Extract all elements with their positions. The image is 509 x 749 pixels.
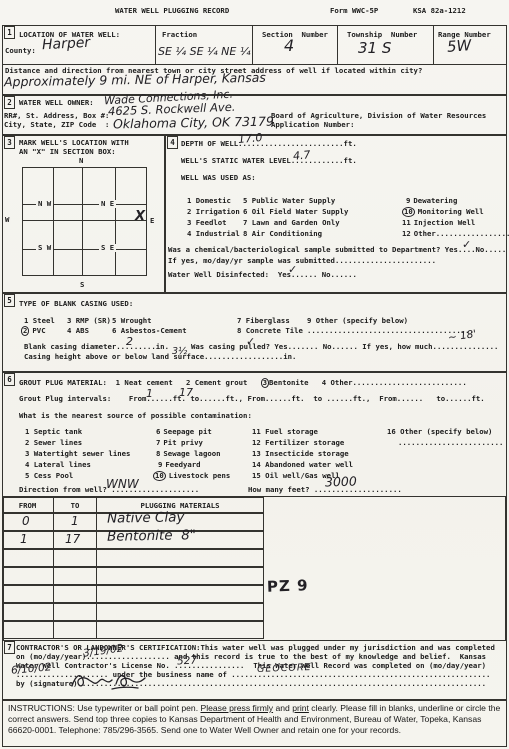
contamination-option: 12 Fertilizer storage: [252, 438, 344, 447]
option-label: Livestock pens: [169, 471, 231, 480]
instructions-underline2: print: [292, 703, 309, 713]
table-cell-from: 0: [22, 515, 30, 527]
option-label: Feedyard: [165, 460, 200, 469]
section3-heading-line2: AN "X" IN SECTION BOX:: [19, 147, 116, 156]
contamination-option: 1 Septic tank: [25, 427, 82, 436]
table-header-from: FROM: [2, 501, 53, 510]
used-as-option: 1 Domestic: [187, 196, 231, 205]
section5-heading: TYPE OF BLANK CASING USED:: [19, 299, 133, 308]
casing-option: 7 Fiberglass: [237, 316, 290, 325]
used-as-option: 12Other...................: [402, 229, 509, 238]
table-cell-from: 1: [20, 533, 28, 545]
divider: [337, 25, 338, 64]
grout-plug-intervals-line: Grout Plug intervals: From......ft. to..…: [19, 394, 485, 403]
compass-south-label: S: [80, 280, 84, 289]
contamination-question: What is the nearest source of possible c…: [19, 411, 252, 420]
contamination-option: 4 Lateral lines: [25, 460, 91, 469]
grout-heading-pre: GROUT PLUG MATERIAL: 1 Neat cement 2 Cem…: [19, 378, 261, 387]
contamination-option: 13 Insecticide storage: [252, 449, 349, 458]
option-number: 11: [402, 218, 411, 227]
compass-east-label: E: [148, 217, 156, 225]
other-specify-dots: ........................: [398, 438, 503, 447]
sample-no-checkmark: ✓: [462, 239, 471, 250]
option-number: 9: [406, 196, 410, 205]
form-number: Form WWC-5P: [330, 6, 378, 15]
divider: [155, 25, 156, 64]
section-location-grid: [22, 167, 147, 276]
option-label: PVC: [32, 326, 45, 335]
used-as-label: WELL WAS USED AS:: [181, 173, 256, 182]
depth-of-well-line: DEPTH OF WELL........................ft.: [181, 139, 357, 148]
grid-line: [53, 167, 54, 276]
grid-ne-label: N E: [99, 200, 116, 208]
section3-heading-line1: MARK WELL'S LOCATION WITH: [19, 138, 129, 147]
board-of-agriculture-label: Board of Agriculture, Division of Water …: [271, 111, 486, 120]
table-column-divider: [96, 497, 97, 639]
page-right-rail: [505, 497, 507, 640]
option-number: 9: [158, 460, 162, 469]
section4-number: 4: [167, 136, 178, 149]
section6-number: 6: [4, 373, 15, 386]
casing-option: 6 Asbestos-Cement: [112, 326, 187, 335]
interval-to-value: 17: [179, 387, 193, 398]
contamination-option: 16 Other (specify below): [387, 427, 492, 436]
township-number-value: 31 S: [358, 41, 391, 56]
section5-number: 5: [4, 294, 15, 307]
contamination-option: 8Sewage lagoon: [156, 449, 221, 458]
table-cell-to: 17: [65, 533, 80, 545]
circled-option-number: 3: [261, 378, 269, 388]
used-as-option: 7 Lawn and Garden Only: [243, 218, 340, 227]
grid-line: [22, 220, 147, 221]
divider: [252, 25, 253, 64]
range-number-value: 5W: [447, 38, 472, 55]
casing-diameter-value: 2: [126, 336, 133, 347]
grid-se-label: S E: [99, 244, 116, 252]
address-label: RR#, St. Address, Box #:: [4, 111, 109, 120]
option-number: 8: [156, 449, 160, 458]
table-cell-to: 1: [71, 515, 79, 527]
table-header-to: TO: [54, 501, 96, 510]
option-label: Other...................: [414, 229, 509, 238]
township-number-label: Township Number: [347, 30, 417, 39]
used-as-option: 8 Air Conditioning: [243, 229, 322, 238]
casing-option: 9 Other (specify below): [307, 316, 408, 325]
owner-label: WATER WELL OWNER:: [19, 98, 94, 107]
option-label: Sewage lagoon: [163, 449, 220, 458]
table-row-line: [2, 584, 264, 586]
used-as-option: 3 Feedlot: [187, 218, 227, 227]
used-as-option: 9Dewatering: [406, 196, 457, 205]
table-cell-material: Native Clay: [107, 511, 185, 526]
circled-option-number: 2: [21, 326, 29, 336]
grout-plug-material-line: GROUT PLUG MATERIAL: 1 Neat cement 2 Cem…: [19, 378, 467, 388]
city-state-zip-value: Oklahoma City, OK 73179: [113, 116, 274, 131]
compass-west-label: W: [3, 216, 11, 224]
static-water-level-value: 4.7: [293, 149, 311, 161]
casing-option: 3 RMP (SR): [67, 316, 111, 325]
license-number-value: 527: [177, 655, 198, 667]
casing-option: 8 Concrete Tile: [237, 326, 303, 335]
pz9-annotation: PZ 9: [267, 578, 309, 594]
contamination-option: 5 Cess Pool: [25, 471, 73, 480]
circled-option-number: 10: [402, 207, 415, 217]
fraction-value: SE ¼ SE ¼ NE ¼: [158, 46, 251, 57]
used-as-option: 2 Irrigation: [187, 207, 240, 216]
application-number-label: Application Number:: [271, 120, 354, 129]
contamination-option: 2 Sewer lines: [25, 438, 82, 447]
casing-height-value: 3½: [172, 347, 187, 357]
instructions-seg2: and: [273, 703, 292, 713]
contamination-option: 11 Fuel storage: [252, 427, 318, 436]
signature-scribble: [68, 670, 153, 692]
grid-line: [115, 167, 116, 276]
compass-north-label: N: [79, 156, 83, 165]
contamination-option-livestock-pens: 10Livestock pens: [153, 471, 230, 481]
casing-pulled-yes-checkmark: ✓: [246, 336, 255, 347]
contamination-option: 7Pit privy: [156, 438, 203, 447]
certification-line3: Water Well Contractor's License No. ....…: [16, 661, 486, 670]
casing-option-pvc: 2PVC: [21, 326, 46, 336]
used-as-option: 4 Industrial: [187, 229, 240, 238]
business-name-value: GEOCORE: [257, 663, 312, 674]
used-as-option: 6 Oil Field Water Supply: [243, 207, 348, 216]
section7-number: 7: [4, 641, 15, 654]
divider: [433, 25, 434, 64]
city-state-zip-label: City, State, ZIP Code :: [4, 120, 109, 129]
table-row-line: [2, 602, 264, 604]
interval-from-value: 1: [146, 388, 153, 399]
circled-option-number: 10: [153, 471, 166, 481]
instructions-seg1: INSTRUCTIONS: Use typewriter or ball poi…: [8, 703, 200, 713]
grid-nw-label: N W: [36, 200, 53, 208]
used-as-option: 11Injection Well: [402, 218, 475, 227]
casing-option: 5 Wrought: [112, 316, 152, 325]
grid-line: [82, 167, 83, 276]
if-yes-sample-line: If yes, mo/day/yr sample was submitted..…: [168, 256, 436, 265]
county-value: Harper: [42, 36, 91, 52]
option-label: Dewatering: [413, 196, 457, 205]
sample-submitted-question: Was a chemical/bacteriological sample su…: [168, 245, 506, 254]
contamination-option: 3 Watertight sewer lines: [25, 449, 130, 458]
table-cell-material: Bentonite 8": [107, 529, 196, 544]
section3-number: 3: [4, 136, 15, 149]
section-number-value: 4: [284, 38, 294, 54]
contamination-option: 9Feedyard: [158, 460, 201, 469]
grout-heading-post: Bentonite 4 Other.......................…: [269, 378, 467, 387]
option-label: Pit privy: [163, 438, 203, 447]
disinfected-no-checkmark: ✓: [288, 264, 297, 275]
grid-sw-label: S W: [36, 244, 53, 252]
section-number-label: Section Number: [262, 30, 328, 39]
instructions-underline1: Please press firmly: [200, 703, 273, 713]
well-location-x-mark: X: [135, 210, 145, 223]
option-number: 12: [402, 229, 411, 238]
statute-number: KSA 82a-1212: [413, 6, 466, 15]
section1-number: 1: [4, 26, 15, 39]
used-as-option: 5 Public Water Supply: [243, 196, 335, 205]
casing-height-line: Casing height above or below land surfac…: [24, 352, 296, 361]
contamination-option: 14 Abandoned water well: [252, 460, 353, 469]
table-row-line: [2, 620, 264, 622]
table-column-divider: [53, 497, 54, 639]
option-number: 6: [156, 427, 160, 436]
option-label: Injection Well: [414, 218, 476, 227]
county-label: County:: [5, 46, 36, 55]
direction-from-well-value: WNW: [106, 478, 139, 490]
contamination-option: 6Seepage pit: [156, 427, 212, 436]
form-title: WATER WELL PLUGGING RECORD: [115, 6, 229, 15]
instructions-text: INSTRUCTIONS: Use typewriter or ball poi…: [8, 703, 502, 736]
option-number: 7: [156, 438, 160, 447]
section2-number: 2: [4, 96, 15, 109]
casing-option: 4 ABS: [67, 326, 89, 335]
casing-diameter-line: Blank casing diameter.........in. Was ca…: [24, 342, 498, 351]
depth-of-well-value: 17.0: [238, 132, 263, 145]
water-well-plugging-record-form: WATER WELL PLUGGING RECORD Form WWC-5P K…: [0, 0, 509, 749]
option-label: Monitoring Well: [418, 207, 484, 216]
table-row-line: [2, 548, 264, 550]
fraction-label: Fraction: [162, 30, 197, 39]
casing-option: 1 Steel: [24, 316, 55, 325]
how-many-feet-value: 3000: [325, 475, 357, 489]
static-water-level-line: WELL'S STATIC WATER LEVEL............ft.: [181, 156, 357, 165]
table-row-line: [2, 566, 264, 568]
used-as-option-monitoring-well: 10Monitoring Well: [402, 207, 484, 217]
option-label: Seepage pit: [163, 427, 211, 436]
disinfected-line: Water Well Disinfected: Yes...... No....…: [168, 270, 357, 279]
